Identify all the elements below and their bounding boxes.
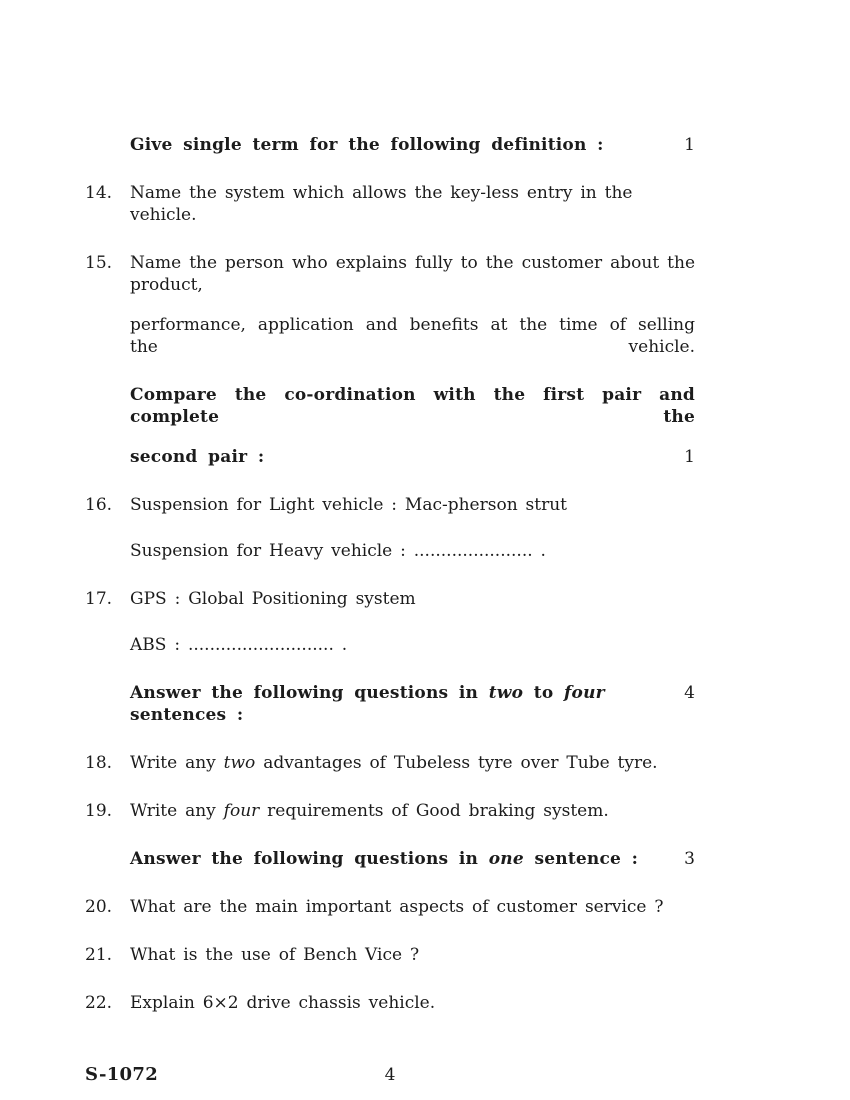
heading-text-line1: Compare the co-ordination with the first…: [130, 384, 695, 428]
question-text-line2: performance, application and benefits at…: [130, 314, 695, 358]
heading-two-to-four-sentences: Answer the following questions in two to…: [85, 682, 695, 726]
question-16: 16. Suspension for Light vehicle : Mac-p…: [85, 494, 695, 516]
question-18: 18. Write any two advantages of Tubeless…: [85, 752, 695, 774]
question-text-line1: Suspension for Light vehicle : Mac-phers…: [130, 494, 695, 516]
question-number: 16.: [85, 494, 130, 516]
marks-value: 1: [672, 134, 695, 156]
question-number: 19.: [85, 800, 130, 822]
question-number: 21.: [85, 944, 130, 966]
question-16-continued: Suspension for Heavy vehicle : .........…: [85, 540, 695, 562]
question-number: 15.: [85, 252, 130, 274]
question-text-line1: Name the person who explains fully to th…: [130, 252, 695, 296]
exam-paper-page: Give single term for the following defin…: [0, 0, 850, 1100]
question-15: 15. Name the person who explains fully t…: [85, 252, 695, 296]
question-number: 14.: [85, 182, 130, 204]
question-number: 18.: [85, 752, 130, 774]
page-footer: S-1072 4: [85, 1064, 695, 1086]
marks-value: 3: [672, 848, 695, 870]
question-text: What are the main important aspects of c…: [130, 896, 695, 918]
question-15-continued: performance, application and benefits at…: [85, 314, 695, 358]
question-text: What is the use of Bench Vice ?: [130, 944, 695, 966]
heading-compare-pair-continued: second pair : 1: [85, 446, 695, 468]
question-number: 20.: [85, 896, 130, 918]
question-text: Write any two advantages of Tubeless tyr…: [130, 752, 695, 774]
question-21: 21. What is the use of Bench Vice ?: [85, 944, 695, 966]
marks-value: 1: [672, 446, 695, 468]
page-content: Give single term for the following defin…: [0, 0, 850, 1086]
question-20: 20. What are the main important aspects …: [85, 896, 695, 918]
question-17: 17. GPS : Global Positioning system: [85, 588, 695, 610]
question-number: 22.: [85, 992, 130, 1014]
heading-text: Give single term for the following defin…: [130, 134, 672, 156]
marks-value: 4: [672, 682, 695, 704]
heading-compare-pair: Compare the co-ordination with the first…: [85, 384, 695, 428]
question-text-line2: Suspension for Heavy vehicle : .........…: [130, 540, 695, 562]
heading-text: Answer the following questions in two to…: [130, 682, 672, 726]
question-text: Write any four requirements of Good brak…: [130, 800, 695, 822]
question-text: Explain 6×2 drive chassis vehicle.: [130, 992, 695, 1014]
question-text-line1: GPS : Global Positioning system: [130, 588, 695, 610]
footer-paper-code: S-1072: [85, 1064, 385, 1086]
question-19: 19. Write any four requirements of Good …: [85, 800, 695, 822]
footer-page-number: 4: [385, 1064, 396, 1086]
heading-text: Answer the following questions in one se…: [130, 848, 672, 870]
question-22: 22. Explain 6×2 drive chassis vehicle.: [85, 992, 695, 1014]
question-number: 17.: [85, 588, 130, 610]
question-14: 14. Name the system which allows the key…: [85, 182, 695, 226]
question-text-line2: ABS : ........................... .: [130, 634, 695, 656]
heading-text-line2: second pair :: [130, 446, 672, 468]
question-17-continued: ABS : ........................... .: [85, 634, 695, 656]
heading-single-term: Give single term for the following defin…: [85, 134, 695, 156]
question-text: Name the system which allows the key-les…: [130, 182, 695, 226]
heading-one-sentence: Answer the following questions in one se…: [85, 848, 695, 870]
